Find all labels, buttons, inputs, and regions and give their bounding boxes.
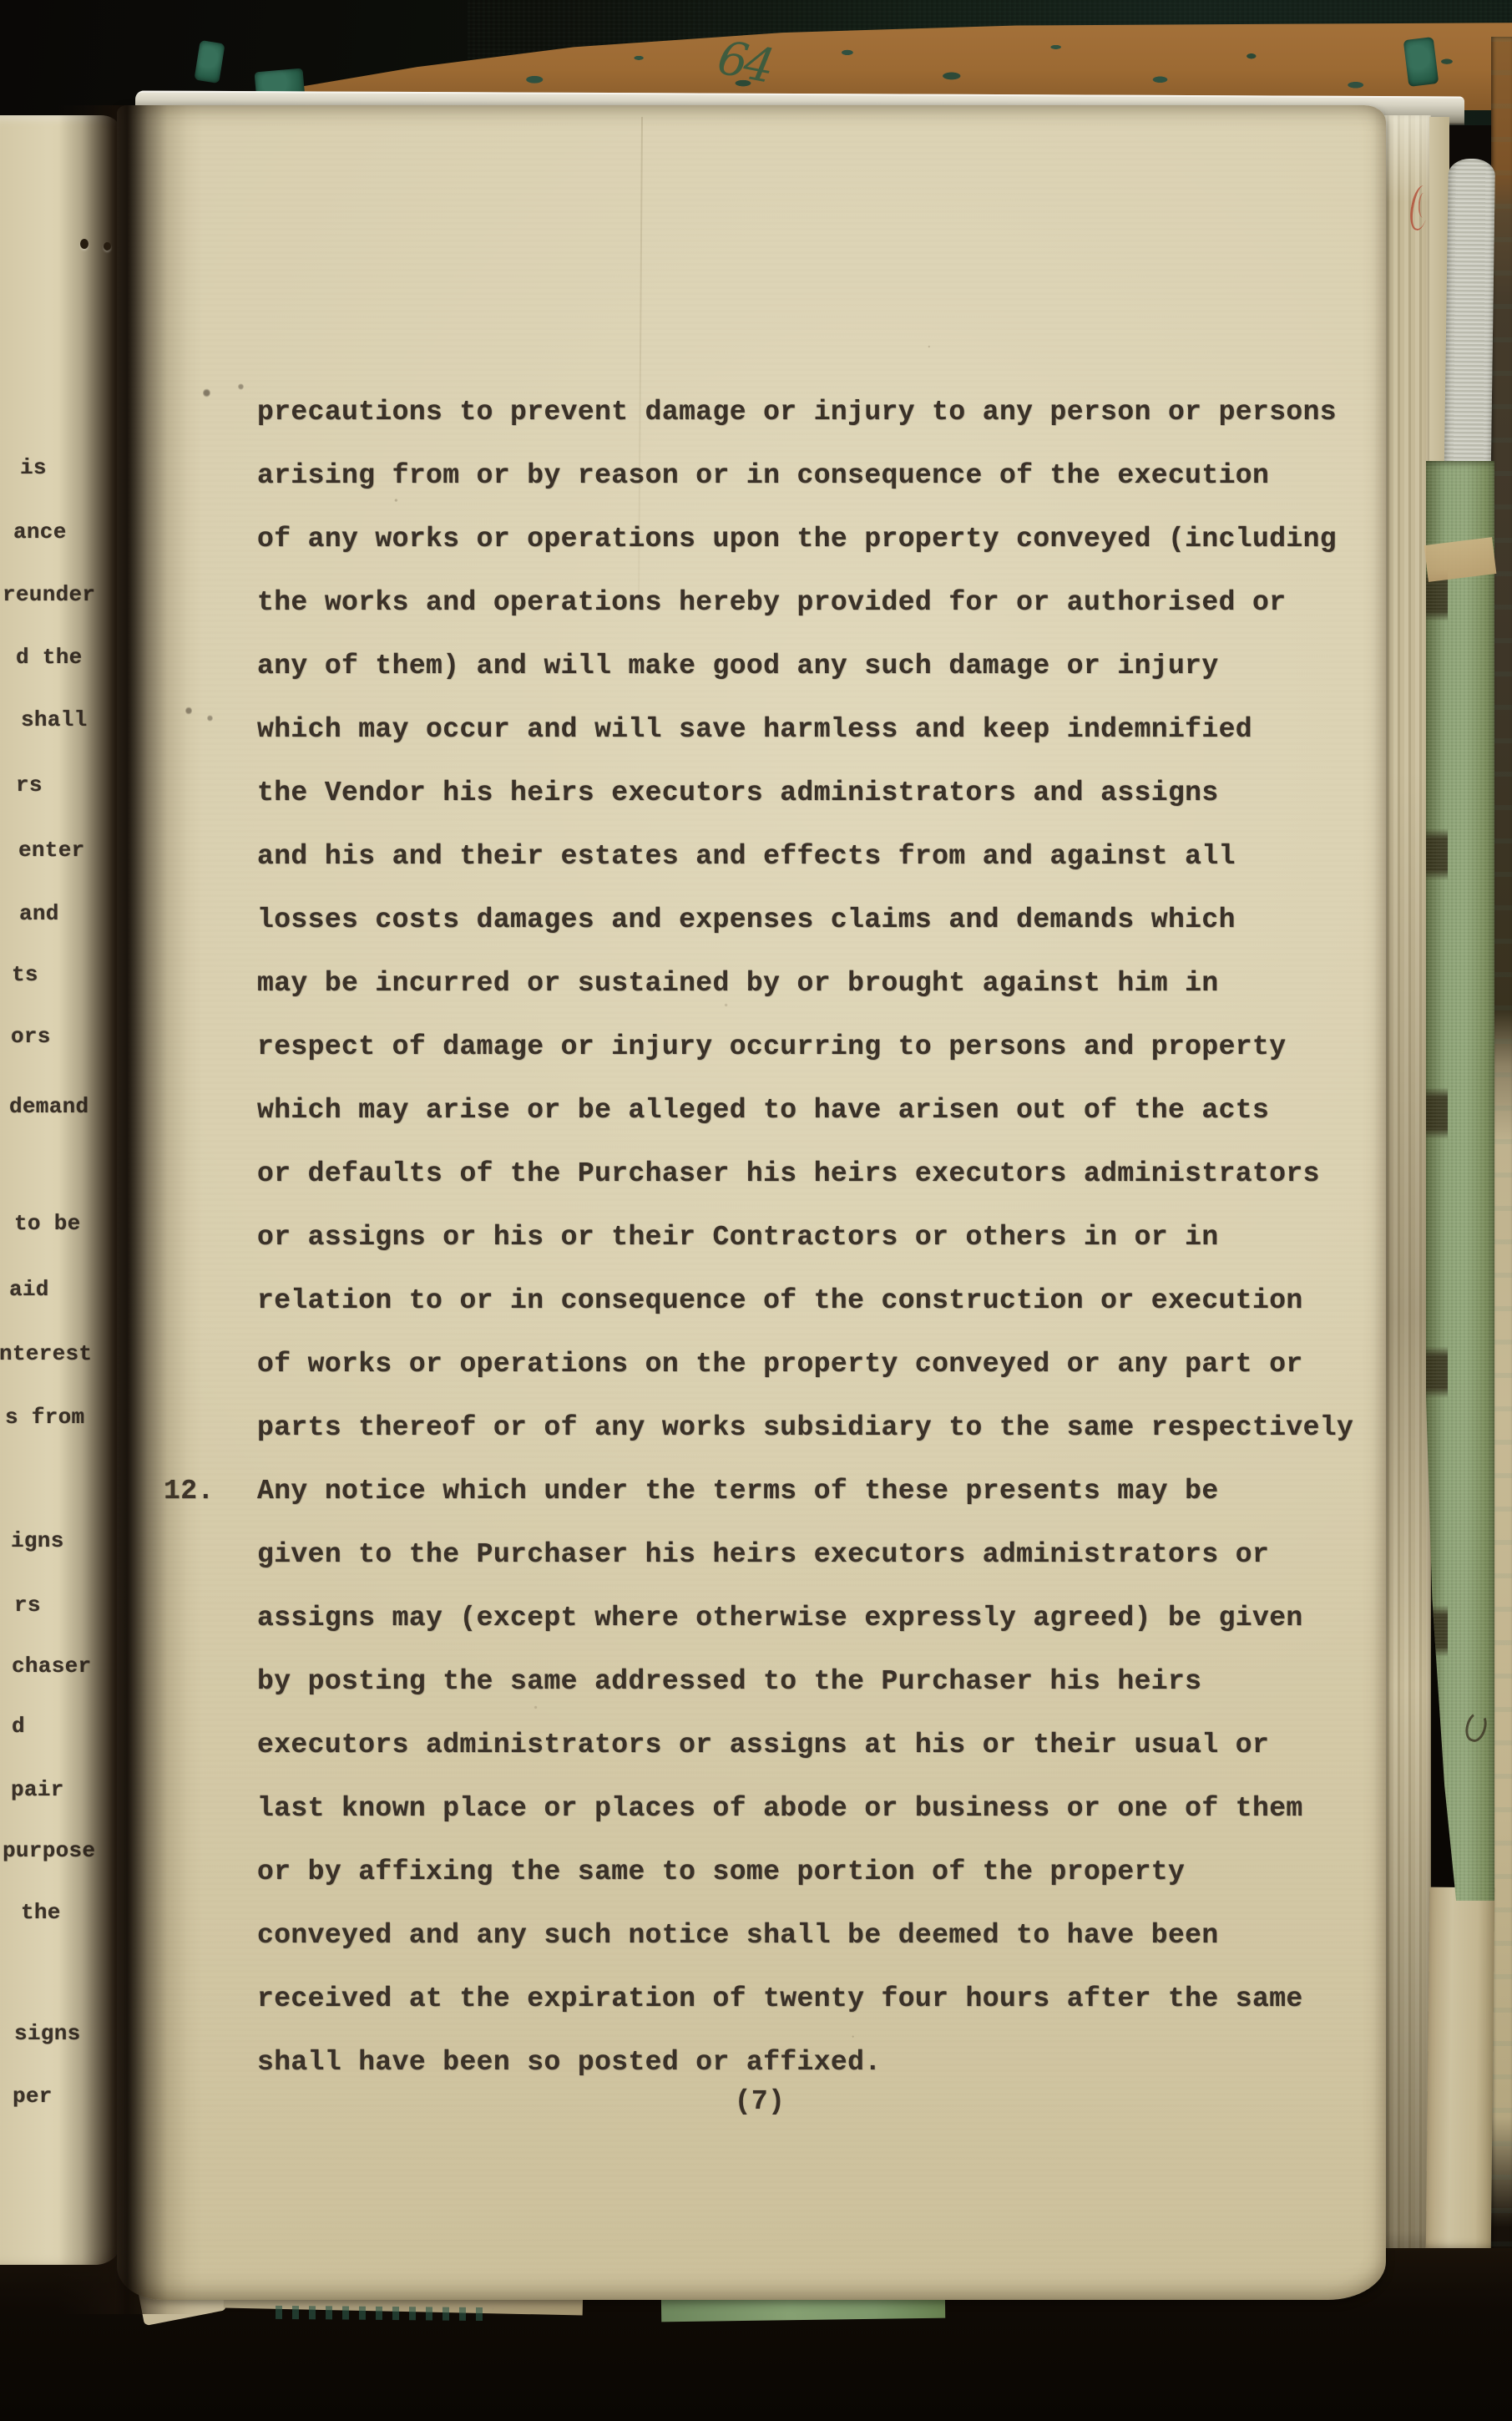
left-page-fragment: the (21, 1900, 61, 1925)
left-page-fragment: chaser (12, 1654, 91, 1679)
text-line: may be incurred or sustained by or broug… (257, 952, 1368, 1016)
text-line: the Vendor his heirs executors administr… (257, 762, 1368, 825)
left-page-fragment: signs (14, 2021, 81, 2046)
left-page-fragment: igns (11, 1528, 64, 1553)
text-line: given to the Purchaser his heirs executo… (257, 1523, 1368, 1587)
text-line: of any works or operations upon the prop… (257, 508, 1368, 571)
ink-stray-mark (185, 707, 192, 715)
binding-hole (104, 242, 111, 251)
left-page-fragment: ance (13, 519, 67, 544)
white-cloth-tape (1444, 159, 1495, 512)
facing-page-sliver: isancereunderd theshallrsenterandtsorsde… (0, 115, 119, 2265)
text-line: conveyed and any such notice shall be de… (257, 1904, 1368, 1968)
text-line: respect of damage or injury occurring to… (257, 1016, 1368, 1079)
page-stack-right-edge (1383, 115, 1431, 2297)
left-page-fragment: reunder (3, 582, 95, 607)
left-page-fragment: ors (11, 1024, 51, 1049)
text-line: the works and operations hereby provided… (257, 571, 1368, 635)
left-page-fragment: shall (21, 707, 88, 732)
left-page-fragment: to be (14, 1211, 81, 1236)
text-line: of works or operations on the property c… (257, 1333, 1368, 1396)
left-page-fragment: rs (16, 772, 43, 798)
left-page-fragment: s from (5, 1405, 84, 1430)
text-line: or assigns or his or their Contractors o… (257, 1206, 1368, 1269)
text-line: or defaults of the Purchaser his heirs e… (257, 1142, 1368, 1206)
text-line: or by affixing the same to some portion … (257, 1841, 1368, 1904)
text-line: losses costs damages and expenses claims… (257, 889, 1368, 952)
text-line: Any notice which under the terms of thes… (257, 1460, 1368, 1523)
text-line: shall have been so posted or affixed. (257, 2031, 1368, 2094)
left-page-fragment: pair (11, 1777, 64, 1802)
text-line: any of them) and will make good any such… (257, 635, 1368, 698)
ink-stray-mark (207, 715, 213, 722)
left-page-fragment: d the (16, 645, 83, 670)
text-line: which may occur and will save harmless a… (257, 698, 1368, 762)
clause-number: 12. (164, 1460, 215, 1523)
text-line: assigns may (except where otherwise expr… (257, 1587, 1368, 1650)
left-page-fragment: aid (9, 1277, 49, 1302)
left-page-fragment: rs (14, 1593, 41, 1618)
left-page-fragment: purpose (3, 1838, 95, 1863)
binding-hole (80, 239, 88, 249)
teal-edge-smudge (276, 2306, 493, 2321)
left-page-fragment: nterest (0, 1341, 92, 1366)
text-line: which may arise or be alleged to have ar… (257, 1079, 1368, 1142)
left-page-fragment: per (13, 2084, 53, 2109)
typewritten-lines: 12. precautions to prevent damage or inj… (257, 381, 1368, 2094)
torn-cloth-fragment (1403, 37, 1439, 87)
book-scan: 64 isancereunderd theshallrsenterandtsor… (0, 0, 1512, 2421)
text-line: last known place or places of abode or b… (257, 1777, 1368, 1841)
left-page-fragment: ts (12, 962, 38, 987)
text-line: by posting the same addressed to the Pur… (257, 1650, 1368, 1714)
text-line: and his and their estates and effects fr… (257, 825, 1368, 889)
green-cloth-tape (1426, 461, 1494, 1901)
ink-stray-mark (203, 388, 210, 398)
left-page-fragment: d (12, 1714, 25, 1739)
handwritten-page-mark: 64 (713, 31, 776, 94)
left-page-fragment: enter (18, 838, 85, 863)
text-line: arising from or by reason or in conseque… (257, 444, 1368, 508)
document-page: 12. precautions to prevent damage or inj… (117, 105, 1386, 2300)
text-line: relation to or in consequence of the con… (257, 1269, 1368, 1333)
text-line: received at the expiration of twenty fou… (257, 1968, 1368, 2031)
text-line: precautions to prevent damage or injury … (257, 381, 1368, 444)
left-page-fragment: demand (9, 1094, 88, 1119)
page-edge-fill-bottom (1426, 1887, 1495, 2257)
left-page-fragment: is (20, 455, 47, 480)
text-line: parts thereof or of any works subsidiary… (257, 1396, 1368, 1460)
page-number: (7) (718, 2086, 802, 2117)
text-line: executors administrators or assigns at h… (257, 1714, 1368, 1777)
left-page-fragment: and (19, 901, 59, 926)
ink-stray-mark (238, 383, 244, 390)
